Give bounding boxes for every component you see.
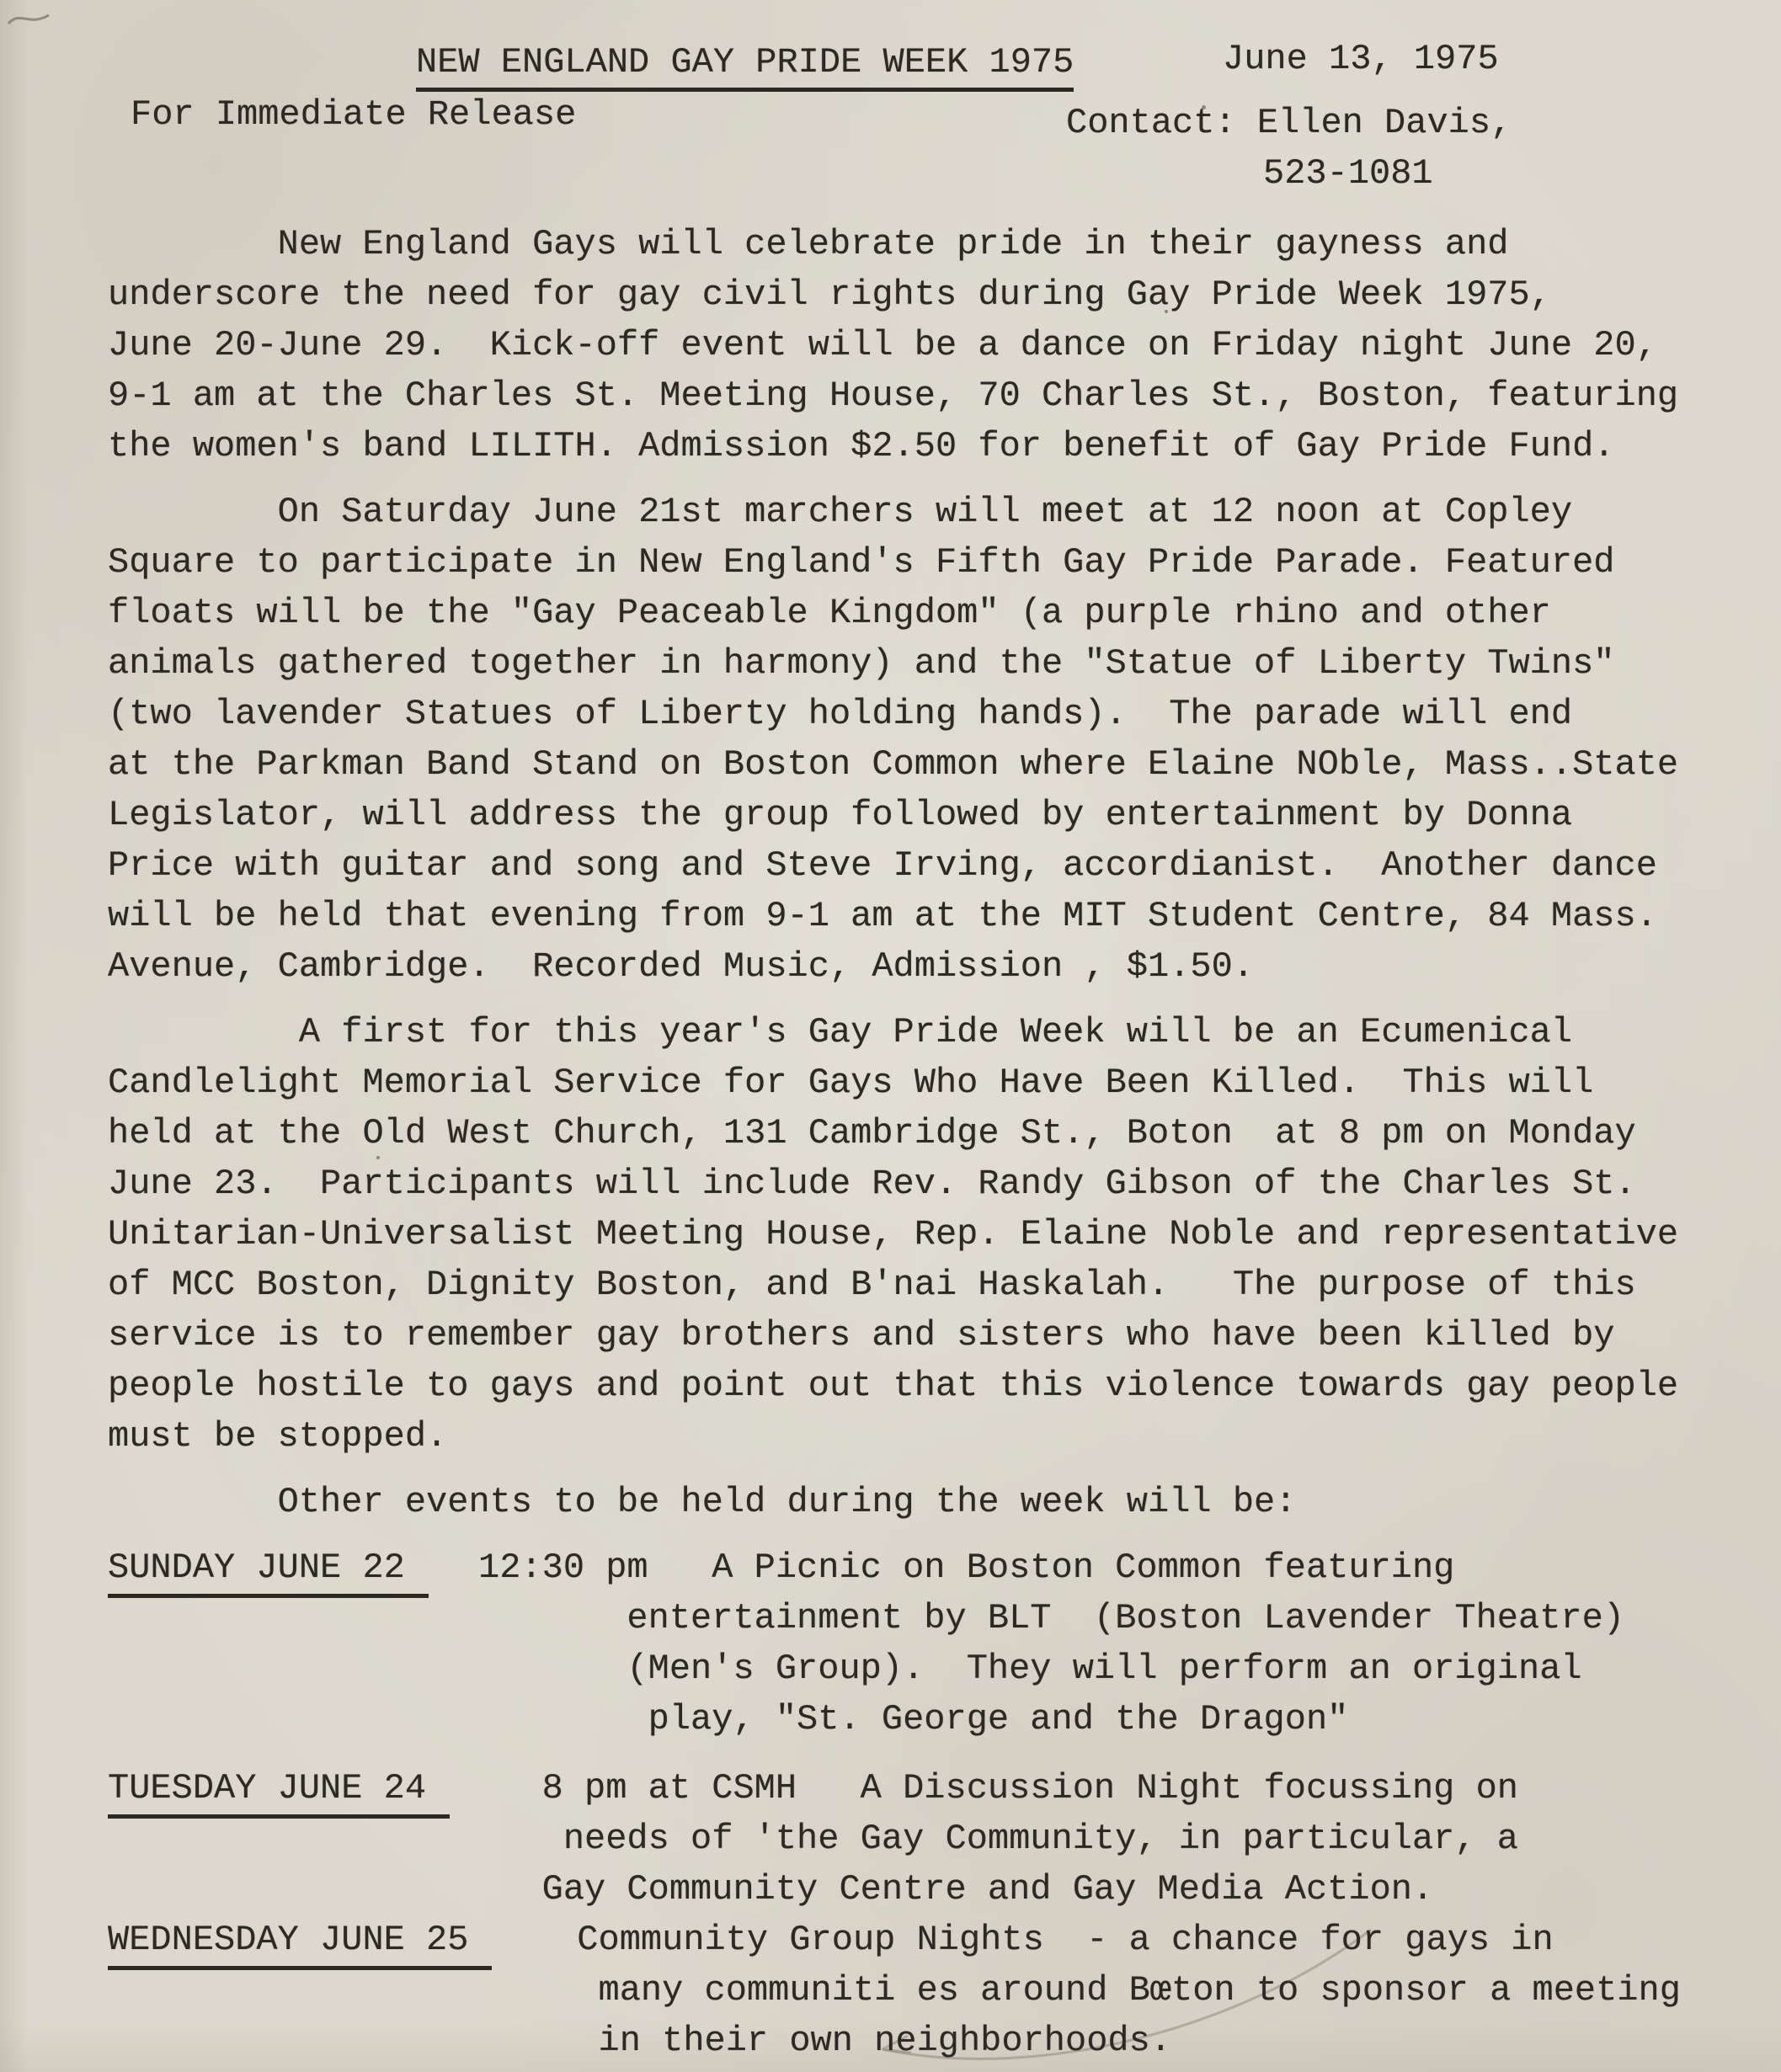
contact-line: Contact: Ellen Davis, <box>1066 103 1512 143</box>
page-title: NEW ENGLAND GAY PRIDE WEEK 1975 <box>416 42 1074 92</box>
schedule-row-tuesday: TUESDAY JUNE 24 8 pm at CSMH A Discussio… <box>108 1763 1681 1915</box>
release-line: For Immediate Release <box>131 94 576 135</box>
contact-phone: 523-1081 <box>1263 153 1433 194</box>
pencil-check-mark <box>8 15 49 24</box>
schedule-details-wednesday: Community Group Nights - a chance for ga… <box>492 1915 1680 2066</box>
schedule-day-label-wednesday: WEDNESDAY JUNE 25 <box>108 1915 492 1970</box>
schedule-details-tuesday: 8 pm at CSMH A Discussion Night focussin… <box>478 1763 1518 1915</box>
schedule-day-label-tuesday: TUESDAY JUNE 24 <box>108 1763 450 1819</box>
paragraph-intro: New England Gays will celebrate pride in… <box>108 219 1681 471</box>
schedule-row-sunday: SUNDAY JUNE 22 12:30 pm A Picnic on Bost… <box>108 1542 1681 1744</box>
other-events-line: Other events to be held during the week … <box>108 1477 1681 1527</box>
schedule-details-sunday: 12:30 pm A Picnic on Boston Common featu… <box>478 1542 1624 1744</box>
paragraph-memorial-service: A first for this year's Gay Pride Week w… <box>108 1007 1681 1462</box>
press-release-page: NEW ENGLAND GAY PRIDE WEEK 1975 June 13,… <box>0 0 1781 2072</box>
document-body: New England Gays will celebrate pride in… <box>108 219 1681 2066</box>
schedule-row-wednesday: WEDNESDAY JUNE 25 Community Group Nights… <box>108 1915 1681 2066</box>
schedule-day-cell: TUESDAY JUNE 24 <box>108 1763 478 1915</box>
schedule-day-cell: WEDNESDAY JUNE 25 <box>108 1915 492 2066</box>
paragraph-parade: On Saturday June 21st marchers will meet… <box>108 487 1681 992</box>
schedule-day-cell: SUNDAY JUNE 22 <box>108 1542 478 1744</box>
release-date: June 13, 1975 <box>1223 39 1499 79</box>
schedule-day-label-sunday: SUNDAY JUNE 22 <box>108 1542 429 1598</box>
